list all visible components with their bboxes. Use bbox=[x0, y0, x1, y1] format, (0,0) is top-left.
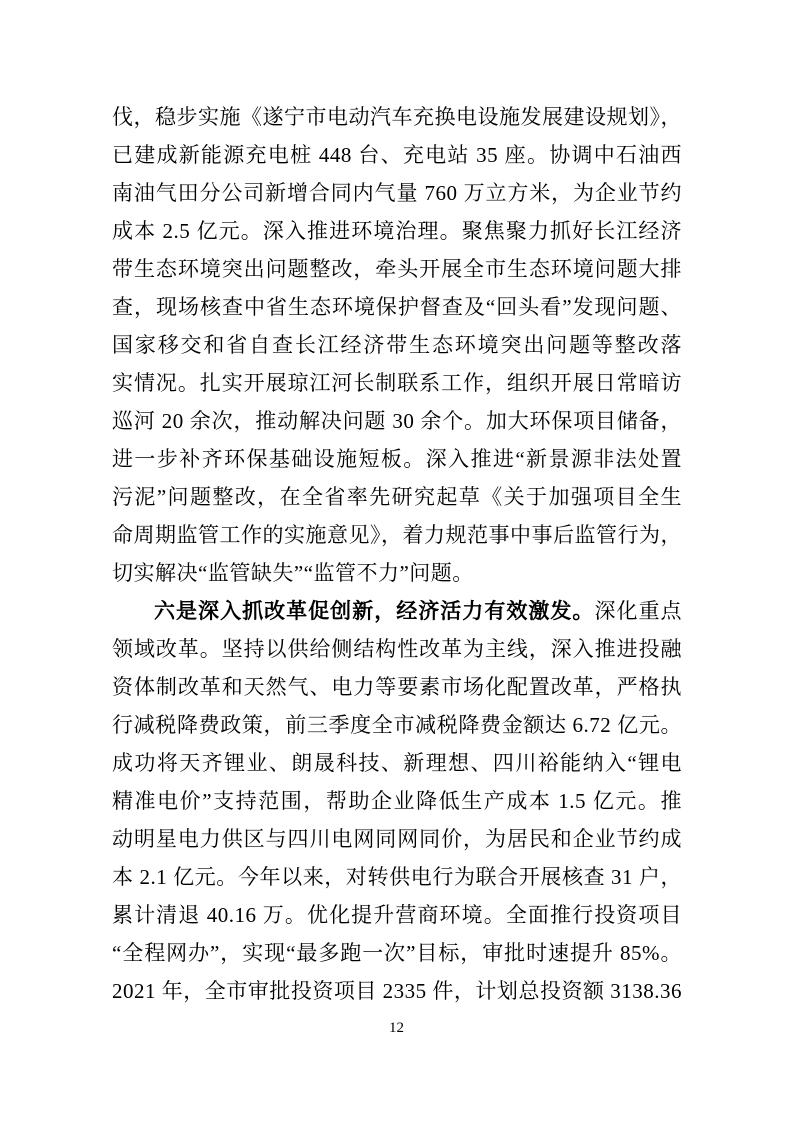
text-segment: 南油气田分公司新增合同内气量 760 万立方米，为企业节约 bbox=[112, 181, 682, 205]
text-segment: 伐，稳步实施《遂宁市电动汽车充换电设施发展建设规划》， bbox=[112, 105, 682, 129]
text-line: 切实解决“监管缺失”“监管不力”问题。 bbox=[112, 554, 682, 592]
text-segment: 实情况。扎实开展琼江河长制联系工作，组织开展日常暗访 bbox=[112, 371, 682, 395]
text-segment: 巡河 20 余次，推动解决问题 30 余个。加大环保项目储备， bbox=[112, 409, 682, 433]
text-line: 精准电价”支持范围，帮助企业降低生产成本 1.5 亿元。推 bbox=[112, 782, 682, 820]
text-line: 进一步补齐环保基础设施短板。深入推进“新景源非法处置 bbox=[112, 440, 682, 478]
text-segment: 累计清退 40.16 万。优化提升营商环境。全面推行投资项目 bbox=[112, 903, 682, 927]
text-line: 资体制改革和天然气、电力等要素市场化配置改革，严格执 bbox=[112, 668, 682, 706]
text-segment: 动明星电力供区与四川电网同网同价，为居民和企业节约成 bbox=[112, 827, 682, 851]
text-line: 累计清退 40.16 万。优化提升营商环境。全面推行投资项目 bbox=[112, 896, 682, 934]
page-number: 12 bbox=[0, 1018, 793, 1038]
text-line: 污泥”问题整改，在全省率先研究起草《关于加强项目全生 bbox=[112, 478, 682, 516]
text-segment: 污泥”问题整改，在全省率先研究起草《关于加强项目全生 bbox=[112, 485, 682, 509]
text-segment: 领域改革。坚持以供给侧结构性改革为主线，深入推进投融 bbox=[112, 637, 682, 661]
document-page: 伐，稳步实施《遂宁市电动汽车充换电设施发展建设规划》，已建成新能源充电桩 448… bbox=[0, 0, 793, 1122]
text-segment: 2021 年，全市审批投资项目 2335 件，计划总投资额 3138.36 bbox=[112, 979, 682, 1003]
text-line: 2021 年，全市审批投资项目 2335 件，计划总投资额 3138.36 bbox=[112, 972, 682, 1010]
text-line: 本 2.1 亿元。今年以来，对转供电行为联合开展核查 31 户， bbox=[112, 858, 682, 896]
text-line: 伐，稳步实施《遂宁市电动汽车充换电设施发展建设规划》， bbox=[112, 98, 682, 136]
text-line: 查，现场核查中省生态环境保护督查及“回头看”发现问题、 bbox=[112, 288, 682, 326]
page-text: 伐，稳步实施《遂宁市电动汽车充换电设施发展建设规划》，已建成新能源充电桩 448… bbox=[112, 98, 682, 1010]
emphasis-text-segment: 六是深入抓改革促创新，经济活力有效激发。 bbox=[154, 599, 594, 623]
text-segment: 资体制改革和天然气、电力等要素市场化配置改革，严格执 bbox=[112, 675, 682, 699]
text-segment: 国家移交和省自查长江经济带生态环境突出问题等整改落 bbox=[112, 333, 682, 357]
text-line: “全程网办”，实现“最多跑一次”目标，审批时速提升 85%。 bbox=[112, 934, 682, 972]
text-segment: 行减税降费政策，前三季度全市减税降费金额达 6.72 亿元。 bbox=[112, 713, 682, 737]
text-segment: 深化重点 bbox=[594, 599, 682, 623]
text-segment: 命周期监管工作的实施意见》，着力规范事中事后监管行为， bbox=[112, 523, 682, 547]
text-segment: 查，现场核查中省生态环境保护督查及“回头看”发现问题、 bbox=[112, 295, 682, 319]
text-line: 成本 2.5 亿元。深入推进环境治理。聚焦聚力抓好长江经济 bbox=[112, 212, 682, 250]
text-line: 实情况。扎实开展琼江河长制联系工作，组织开展日常暗访 bbox=[112, 364, 682, 402]
text-segment: 带生态环境突出问题整改，牵头开展全市生态环境问题大排 bbox=[112, 257, 682, 281]
text-line: 巡河 20 余次，推动解决问题 30 余个。加大环保项目储备， bbox=[112, 402, 682, 440]
text-line: 领域改革。坚持以供给侧结构性改革为主线，深入推进投融 bbox=[112, 630, 682, 668]
text-line: 六是深入抓改革促创新，经济活力有效激发。深化重点 bbox=[112, 592, 682, 630]
text-segment: 已建成新能源充电桩 448 台、充电站 35 座。协调中石油西 bbox=[112, 143, 682, 167]
text-segment: 精准电价”支持范围，帮助企业降低生产成本 1.5 亿元。推 bbox=[112, 789, 682, 813]
text-segment: 成功将天齐锂业、朗晟科技、新理想、四川裕能纳入“锂电 bbox=[112, 751, 682, 775]
text-line: 行减税降费政策，前三季度全市减税降费金额达 6.72 亿元。 bbox=[112, 706, 682, 744]
text-line: 南油气田分公司新增合同内气量 760 万立方米，为企业节约 bbox=[112, 174, 682, 212]
text-line: 已建成新能源充电桩 448 台、充电站 35 座。协调中石油西 bbox=[112, 136, 682, 174]
text-segment: “全程网办”，实现“最多跑一次”目标，审批时速提升 85%。 bbox=[112, 941, 682, 965]
text-line: 国家移交和省自查长江经济带生态环境突出问题等整改落 bbox=[112, 326, 682, 364]
text-line: 动明星电力供区与四川电网同网同价，为居民和企业节约成 bbox=[112, 820, 682, 858]
text-line: 命周期监管工作的实施意见》，着力规范事中事后监管行为， bbox=[112, 516, 682, 554]
text-segment: 成本 2.5 亿元。深入推进环境治理。聚焦聚力抓好长江经济 bbox=[112, 219, 682, 243]
text-segment: 切实解决“监管缺失”“监管不力”问题。 bbox=[112, 561, 474, 585]
text-line: 成功将天齐锂业、朗晟科技、新理想、四川裕能纳入“锂电 bbox=[112, 744, 682, 782]
text-line: 带生态环境突出问题整改，牵头开展全市生态环境问题大排 bbox=[112, 250, 682, 288]
text-segment: 进一步补齐环保基础设施短板。深入推进“新景源非法处置 bbox=[112, 447, 682, 471]
text-segment: 本 2.1 亿元。今年以来，对转供电行为联合开展核查 31 户， bbox=[112, 865, 682, 889]
